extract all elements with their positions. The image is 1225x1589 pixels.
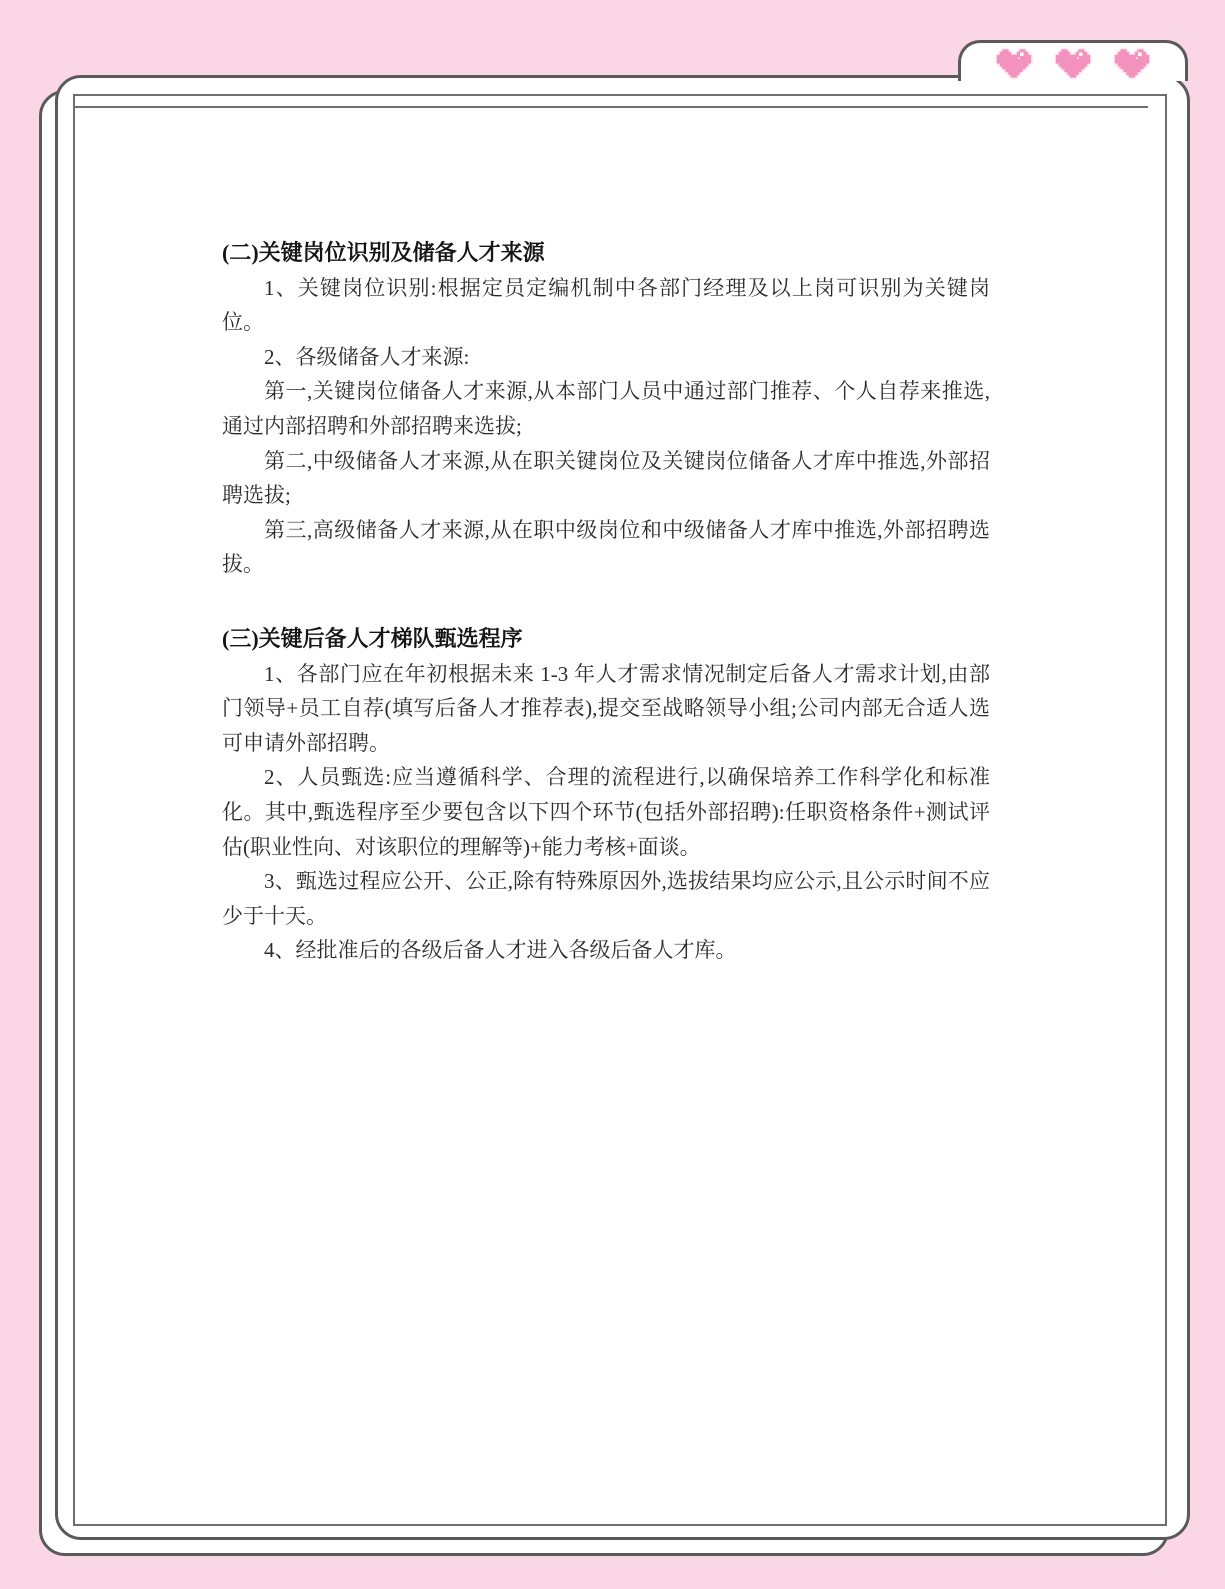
heart-icon [997,49,1031,78]
heart-icon [1056,49,1090,78]
paragraph: 第三,高级储备人才来源,从在职中级岗位和中级储备人才库中推选,外部招聘选拔。 [222,513,990,582]
paragraph: 第一,关键岗位储备人才来源,从本部门人员中通过部门推荐、个人自荐来推选,通过内部… [222,374,990,443]
section-heading: (二)关键岗位识别及储备人才来源 [222,236,990,271]
paragraph: 第二,中级储备人才来源,从在职关键岗位及关键岗位储备人才库中推选,外部招聘选拔; [222,444,990,513]
paragraph: 1、关键岗位识别:根据定员定编机制中各部门经理及以上岗可识别为关键岗位。 [222,271,990,340]
section-heading: (三)关键后备人才梯队甄选程序 [222,622,990,657]
paragraph: 4、经批准后的各级后备人才进入各级后备人才库。 [222,933,990,968]
document-content: (二)关键岗位识别及储备人才来源 1、关键岗位识别:根据定员定编机制中各部门经理… [222,236,990,968]
paragraph: 1、各部门应在年初根据未来 1-3 年人才需求情况制定后备人才需求计划,由部门领… [222,657,990,761]
paragraph: 3、甄选过程应公开、公正,除有特殊原因外,选拔结果均应公示,且公示时间不应少于十… [222,864,990,933]
page-header-rule [75,106,1148,108]
heart-icon [1115,49,1149,78]
paragraph: 2、人员甄选:应当遵循科学、合理的流程进行,以确保培养工作科学化和标准化。其中,… [222,760,990,864]
bookmark-tab [958,40,1188,81]
paragraph: 2、各级储备人才来源: [222,340,990,375]
